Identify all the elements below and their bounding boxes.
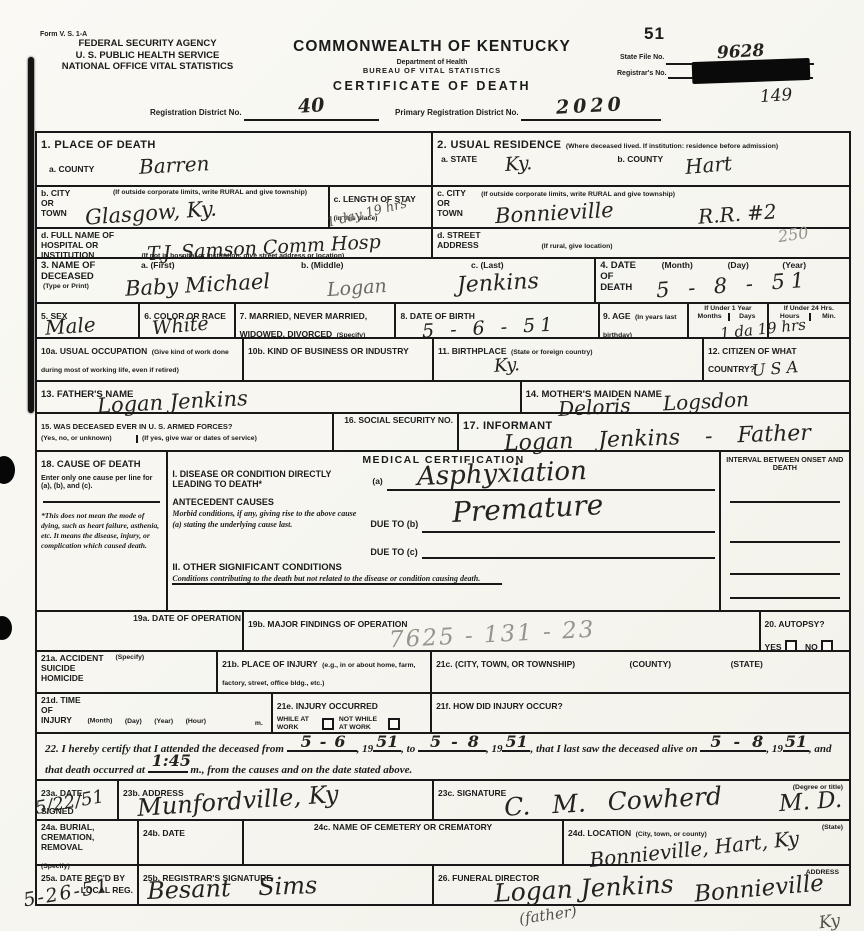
field-medical-certification: MEDICAL CERTIFICATION I. DISEASE OR COND… bbox=[166, 452, 718, 610]
form-number: Form V. S. 1-A bbox=[40, 31, 255, 38]
burial-location-state-note: (State) bbox=[822, 824, 843, 832]
time-injury-m: m. bbox=[255, 720, 263, 728]
field-burial-location: 24d. LOCATION (City, town, or county) (S… bbox=[562, 821, 849, 864]
residence-route-value: R.R. #2 bbox=[697, 201, 777, 226]
field-autopsy: 20. AUTOPSY? YES NO bbox=[759, 612, 849, 650]
row-name-dod: 3. NAME OF DECEASED a. (First) b. (Middl… bbox=[37, 257, 849, 302]
year3-value: 51 bbox=[785, 734, 807, 750]
field-date-of-operation: 19a. DATE OF OPERATION bbox=[37, 612, 242, 650]
primary-district-value: 2020 bbox=[556, 95, 626, 118]
not-while-at-work-checkbox bbox=[388, 718, 400, 730]
sex-value: Male bbox=[44, 314, 96, 337]
injury-county-label: (COUNTY) bbox=[630, 659, 672, 669]
occupation-label: 10a. USUAL OCCUPATION bbox=[41, 346, 147, 356]
field-length-of-stay: c. LENGTH OF STAY (in this place) 1 day … bbox=[328, 187, 432, 227]
citizen-value: U S A bbox=[751, 359, 798, 379]
district-line: Registration District No. 40 Primary Reg… bbox=[150, 100, 790, 121]
injury-state-label: (STATE) bbox=[731, 659, 763, 669]
county-value: Barren bbox=[138, 153, 209, 177]
field-name-of-deceased: 3. NAME OF DECEASED a. (First) b. (Middl… bbox=[37, 259, 594, 302]
death-certificate-scan: Form V. S. 1-A FEDERAL SECURITY AGENCY U… bbox=[0, 0, 864, 931]
registrar-signature-value: Besant Sims bbox=[147, 873, 318, 903]
residence-city-label: c. CITY OR TOWN bbox=[437, 189, 473, 218]
field-cause-label-col: 18. CAUSE OF DEATH Enter only one cause … bbox=[37, 452, 166, 610]
burial-location-label: 24d. LOCATION bbox=[568, 828, 631, 838]
field-injury-occurred: 21e. INJURY OCCURRED WHILE AT WORK NOT W… bbox=[271, 694, 430, 732]
field-funeral-director: 26. FUNERAL DIRECTOR ADDRESS Logan Jenki… bbox=[432, 866, 849, 904]
field-usual-residence: 2. USUAL RESIDENCE (Where deceased lived… bbox=[431, 133, 849, 185]
color-race-value: White bbox=[152, 315, 210, 339]
field-registrar-signature: 25b. REGISTRAR'S SIGNATURE Besant Sims bbox=[137, 866, 432, 904]
age-months-label: Months bbox=[691, 313, 728, 321]
usual-residence-note: (Where deceased lived. If institution: r… bbox=[566, 143, 778, 150]
title-block: COMMONWEALTH OF KENTUCKY Department of H… bbox=[252, 38, 612, 93]
field-date-signed: 23a. DATE SIGNED 5/22/51 bbox=[37, 781, 117, 819]
field-industry: 10b. KIND OF BUSINESS OR INDUSTRY bbox=[242, 339, 432, 380]
time-injury-month: (Month) bbox=[87, 718, 112, 725]
other-conditions-note: Conditions contributing to the death but… bbox=[172, 574, 502, 585]
funeral-director-value: Logan Jenkins bbox=[493, 871, 674, 905]
cause-b-label: DUE TO (b) bbox=[370, 519, 418, 533]
street-label: d. STREET ADDRESS bbox=[437, 231, 497, 251]
commonwealth-title: COMMONWEALTH OF KENTUCKY bbox=[252, 38, 612, 56]
year2-value: 51 bbox=[505, 734, 527, 750]
first-name-value: Baby Michael bbox=[125, 271, 271, 300]
field-age: 9. AGE (In years last birthday) If Under… bbox=[598, 304, 849, 337]
accident-label: 21a. ACCIDENT SUICIDE HOMICIDE bbox=[41, 654, 111, 683]
field-physician-signature: 23c. SIGNATURE (Degree or title) C. M. C… bbox=[432, 781, 849, 819]
other-conditions-title: II. OTHER SIGNIFICANT CONDITIONS bbox=[172, 563, 714, 574]
row-forces-informant: 15. WAS DECEASED EVER IN U. S. ARMED FOR… bbox=[37, 412, 849, 450]
armed-forces-note1: (Yes, no, or unknown) bbox=[41, 435, 136, 443]
agency-line-3: NATIONAL OFFICE VITAL STATISTICS bbox=[40, 61, 255, 73]
field-accident-suicide: 21a. ACCIDENT SUICIDE HOMICIDE (Specify) bbox=[37, 652, 216, 692]
cause-title: 18. CAUSE OF DEATH bbox=[41, 459, 141, 470]
age-under1yr-label: If Under 1 Year bbox=[691, 305, 764, 313]
attended-to-line: 5-8 bbox=[418, 738, 486, 752]
field-informant: 17. INFORMANT Logan Jenkins - Father bbox=[457, 414, 849, 450]
field-place-of-death: 1. PLACE OF DEATH a. COUNTY Barren bbox=[37, 133, 431, 185]
field-occupation: 10a. USUAL OCCUPATION (Give kind of work… bbox=[37, 339, 242, 380]
last-name-value: Jenkins bbox=[456, 271, 539, 297]
not-while-at-work-label: NOT WHILE AT WORK bbox=[339, 716, 385, 732]
certify-19a: , 19 bbox=[357, 743, 374, 755]
interval-label: INTERVAL BETWEEN ONSET AND DEATH bbox=[725, 456, 845, 473]
year1-value: 51 bbox=[376, 734, 398, 750]
field-birthplace: 11. BIRTHPLACE (State or foreign country… bbox=[432, 339, 702, 380]
field-place-of-injury: 21b. PLACE OF INJURY (e.g., in or about … bbox=[216, 652, 430, 692]
field-date-of-death: 4. DATE OF DEATH (Month) (Day) (Year) 5 … bbox=[594, 259, 849, 302]
while-at-work-label: WHILE AT WORK bbox=[277, 716, 319, 732]
divider bbox=[43, 501, 160, 503]
autopsy-label: 20. AUTOPSY? bbox=[765, 619, 825, 629]
accident-note: (Specify) bbox=[115, 654, 144, 661]
scan-edge-artifact bbox=[28, 57, 34, 413]
state-file-prefix: 51 bbox=[644, 24, 665, 44]
certificate-form: 1. PLACE OF DEATH a. COUNTY Barren 2. US… bbox=[35, 131, 851, 906]
cause-note: Enter only one cause per line for (a), (… bbox=[41, 474, 162, 491]
findings-value: 7625 - 131 - 23 bbox=[389, 619, 596, 653]
attended-to-value: 5-8 bbox=[430, 734, 489, 750]
death-time-value: 1:45 bbox=[152, 753, 191, 769]
time-injury-label: 21d. TIME OF INJURY bbox=[41, 696, 83, 725]
field-injury-location: 21c. (CITY, TOWN, OR TOWNSHIP) (COUNTY) … bbox=[430, 652, 849, 692]
field-father-name: 13. FATHER'S NAME Logan Jenkins bbox=[37, 382, 520, 412]
field-street-address: d. STREET ADDRESS (If rural, give locati… bbox=[431, 229, 849, 257]
field-date-received: 25a. DATE REC'D BY LOCAL REG. 5-26-51 bbox=[37, 866, 137, 904]
physician-degree-value: M. D. bbox=[778, 789, 843, 816]
burial-label: 24a. BURIAL, CREMATION, REMOVAL bbox=[41, 823, 103, 852]
field-certify-statement: 22. I hereby certify that I attended the… bbox=[37, 734, 849, 779]
bureau-line: BUREAU OF VITAL STATISTICS bbox=[252, 66, 612, 75]
findings-label: 19b. MAJOR FINDINGS OF OPERATION bbox=[248, 619, 407, 629]
row-operation: 19a. DATE OF OPERATION 19b. MAJOR FINDIN… bbox=[37, 610, 849, 650]
primary-district-label: Primary Registration District No. bbox=[395, 108, 519, 117]
injury-occurred-label: 21e. INJURY OCCURRED bbox=[277, 701, 378, 711]
middle-name-value: Logan bbox=[326, 277, 387, 300]
time-injury-year: (Year) bbox=[154, 718, 173, 725]
street-value: 250 bbox=[777, 225, 809, 245]
cemetery-label: 24c. NAME OF CEMETERY OR CREMATORY bbox=[248, 823, 558, 833]
funeral-director-address-value: Bonnieville bbox=[693, 872, 825, 906]
field-burial-date: 24b. DATE bbox=[137, 821, 242, 864]
year2-line: 51 bbox=[502, 738, 530, 752]
field-burial-type: 24a. BURIAL, CREMATION, REMOVAL (Specify… bbox=[37, 821, 137, 864]
alive-on-value: 5-8 bbox=[710, 734, 775, 750]
row-sex-age: 5. SEX Male 6. COLOR OR RACE White 7. MA… bbox=[37, 302, 849, 337]
cause-b-value: Premature bbox=[452, 491, 605, 527]
funeral-director-state: Ky bbox=[818, 913, 841, 931]
place-of-death-title: 1. PLACE OF DEATH bbox=[41, 139, 156, 151]
attended-from-value: 5-6 bbox=[301, 734, 354, 750]
residence-city-value: Bonnieville bbox=[495, 200, 615, 227]
field-color-race: 6. COLOR OR RACE White bbox=[138, 304, 233, 337]
interval-line bbox=[730, 573, 840, 575]
armed-forces-note2: (If yes, give war or dates of service) bbox=[136, 435, 328, 443]
disease-label: I. DISEASE OR CONDITION DIRECTLY LEADING… bbox=[172, 469, 372, 491]
interval-line bbox=[730, 541, 840, 543]
time-injury-day: (Day) bbox=[125, 718, 142, 725]
street-note: (If rural, give location) bbox=[542, 243, 613, 250]
burial-date-label: 24b. DATE bbox=[143, 828, 185, 838]
field-date-of-birth: 8. DATE OF BIRTH 5 - 6 - 51 bbox=[394, 304, 598, 337]
field-operation-findings: 19b. MAJOR FINDINGS OF OPERATION 7625 - … bbox=[242, 612, 759, 650]
field-cemetery-name: 24c. NAME OF CEMETERY OR CREMATORY bbox=[242, 821, 562, 864]
primary-district-line: 2020 bbox=[521, 100, 661, 121]
date-received-value: 5-26-51 bbox=[22, 877, 111, 911]
cause-a-label: (a) bbox=[372, 477, 382, 491]
field-sex: 5. SEX Male bbox=[37, 304, 138, 337]
field-hospital: d. FULL NAME OF HOSPITAL OR INSTITUTION … bbox=[37, 229, 431, 257]
residence-county-label: b. COUNTY bbox=[617, 155, 663, 175]
row-certify-statement: 22. I hereby certify that I attended the… bbox=[37, 732, 849, 779]
certify-text-3: , that I last saw the deceased alive on bbox=[530, 743, 697, 755]
attended-from-line: 5-6 bbox=[287, 738, 357, 752]
agency-block: Form V. S. 1-A FEDERAL SECURITY AGENCY U… bbox=[40, 31, 255, 73]
antecedent-title: ANTECEDENT CAUSES bbox=[172, 497, 714, 507]
field-residence-city: c. CITY OR TOWN (If outside corporate li… bbox=[431, 187, 849, 227]
field-physician-address: 23b. ADDRESS Munfordville, Ky bbox=[117, 781, 432, 819]
birthplace-note: (State or foreign country) bbox=[511, 349, 593, 356]
name-note: (Type or Print) bbox=[43, 283, 89, 291]
row-place-residence: 1. PLACE OF DEATH a. COUNTY Barren 2. US… bbox=[37, 133, 849, 185]
registration-district-value: 40 bbox=[297, 96, 325, 117]
row-injury-place: 21a. ACCIDENT SUICIDE HOMICIDE (Specify)… bbox=[37, 650, 849, 692]
signature-label: 23c. SIGNATURE bbox=[438, 788, 506, 798]
death-time-line: 1:45 bbox=[148, 759, 188, 773]
antecedent-note: Morbid conditions, if any, giving rise t… bbox=[172, 509, 362, 533]
age-under24-label: If Under 24 Hrs. bbox=[771, 305, 847, 313]
how-injury-label: 21f. HOW DID INJURY OCCUR? bbox=[436, 701, 563, 711]
year3-line: 51 bbox=[783, 738, 809, 752]
armed-forces-label: 15. WAS DECEASED EVER IN U. S. ARMED FOR… bbox=[41, 422, 232, 431]
row-parents: 13. FATHER'S NAME Logan Jenkins 14. MOTH… bbox=[37, 380, 849, 412]
industry-label: 10b. KIND OF BUSINESS OR INDUSTRY bbox=[248, 346, 409, 356]
cause-c-label: DUE TO (c) bbox=[370, 547, 417, 559]
injury-city-label: 21c. (CITY, TOWN, OR TOWNSHIP) bbox=[436, 659, 575, 669]
row-signature: 23a. DATE SIGNED 5/22/51 23b. ADDRESS Mu… bbox=[37, 779, 849, 819]
age-min-label: Min. bbox=[809, 313, 847, 321]
dod-title: 4. DATE OF DEATH bbox=[600, 261, 644, 294]
certificate-title: CERTIFICATE OF DEATH bbox=[252, 79, 612, 93]
physician-signature-value: C. M. Cowherd bbox=[503, 783, 722, 819]
department-line: Department of Health bbox=[252, 59, 612, 66]
residence-county-value: Hart bbox=[684, 153, 733, 177]
agency-line-2: U. S. PUBLIC HEALTH SERVICE bbox=[40, 50, 255, 62]
state-label: a. STATE bbox=[441, 155, 477, 175]
certify-number: 22. bbox=[45, 743, 59, 755]
year1-line: 51 bbox=[373, 738, 401, 752]
cause-footnote: *This does not mean the mode of dying, s… bbox=[41, 511, 162, 552]
alive-on-line: 5-8 bbox=[700, 738, 766, 752]
interval-line bbox=[730, 597, 840, 599]
cause-a-value: Asphyxiation bbox=[416, 458, 587, 490]
state-file-label: State File No. bbox=[620, 54, 664, 61]
time-injury-hour: (Hour) bbox=[186, 718, 206, 725]
certify-text-5: m., from the causes and on the date stat… bbox=[190, 764, 412, 776]
field-city-of-death: b. CITY OR TOWN (If outside corporate li… bbox=[37, 187, 328, 227]
ssn-label: 16. SOCIAL SECURITY NO. bbox=[338, 416, 453, 426]
field-armed-forces: 15. WAS DECEASED EVER IN U. S. ARMED FOR… bbox=[37, 414, 332, 450]
city-label: b. CITY OR TOWN bbox=[41, 189, 77, 218]
field-mother-name: 14. MOTHER'S MAIDEN NAME Deloris Logsdon bbox=[520, 382, 849, 412]
hospital-label: d. FULL NAME OF HOSPITAL OR INSTITUTION bbox=[41, 231, 137, 260]
usual-residence-title: 2. USUAL RESIDENCE bbox=[437, 139, 561, 151]
state-value: Ky. bbox=[504, 154, 533, 176]
row-registrar: 25a. DATE REC'D BY LOCAL REG. 5-26-51 25… bbox=[37, 864, 849, 904]
row-burial: 24a. BURIAL, CREMATION, REMOVAL (Specify… bbox=[37, 819, 849, 864]
interval-line bbox=[730, 501, 840, 503]
place-injury-label: 21b. PLACE OF INJURY bbox=[222, 659, 318, 669]
redaction-mark bbox=[692, 58, 811, 84]
cause-a-line: Asphyxiation bbox=[387, 469, 715, 491]
field-marital-status: 7. MARRIED, NEVER MARRIED, WIDOWED, DIVO… bbox=[234, 304, 395, 337]
registrar-no-label: Registrar's No. bbox=[617, 70, 667, 77]
cause-b-line: Premature bbox=[422, 509, 714, 533]
cause-c-line bbox=[422, 547, 715, 559]
row-city: b. CITY OR TOWN (If outside corporate li… bbox=[37, 185, 849, 227]
field-citizen: 12. CITIZEN OF WHAT COUNTRY? U S A bbox=[702, 339, 849, 380]
agency-line-1: FEDERAL SECURITY AGENCY bbox=[40, 38, 255, 50]
registration-district-label: Registration District No. bbox=[150, 108, 242, 117]
while-at-work-checkbox bbox=[322, 718, 334, 730]
operation-date-label: 19a. DATE OF OPERATION bbox=[41, 614, 241, 624]
field-how-injury-occurred: 21f. HOW DID INJURY OCCUR? bbox=[430, 694, 849, 732]
row-injury-time: 21d. TIME OF INJURY (Month) (Day) (Year)… bbox=[37, 692, 849, 732]
field-ssn: 16. SOCIAL SECURITY NO. bbox=[332, 414, 457, 450]
field-interval-col: INTERVAL BETWEEN ONSET AND DEATH bbox=[719, 452, 849, 610]
age-label: 9. AGE bbox=[603, 311, 631, 321]
row-occupation: 10a. USUAL OCCUPATION (Give kind of work… bbox=[37, 337, 849, 380]
birthplace-label: 11. BIRTHPLACE bbox=[438, 346, 507, 356]
certify-text-2: , to bbox=[401, 743, 415, 755]
registration-district-line: 40 bbox=[244, 100, 379, 121]
field-time-of-injury: 21d. TIME OF INJURY (Month) (Day) (Year)… bbox=[37, 694, 271, 732]
row-hospital-street: d. FULL NAME OF HOSPITAL OR INSTITUTION … bbox=[37, 227, 849, 257]
row-cause-of-death: 18. CAUSE OF DEATH Enter only one cause … bbox=[37, 450, 849, 610]
birthplace-value: Ky. bbox=[493, 356, 520, 376]
county-label: a. COUNTY bbox=[49, 164, 94, 174]
